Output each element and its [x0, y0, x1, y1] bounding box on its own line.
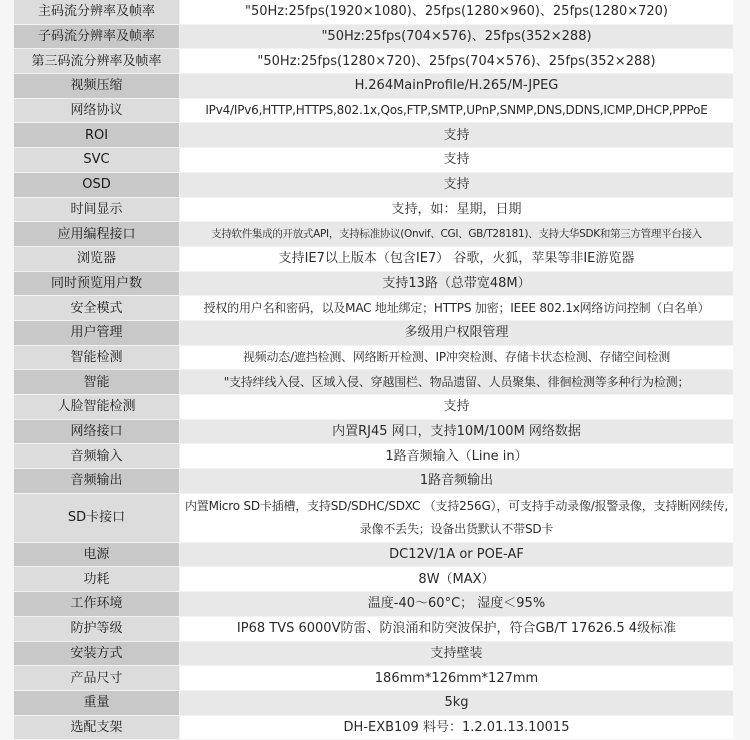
- spec-label: 安装方式: [14, 641, 180, 666]
- spec-value: 支持壁装: [180, 641, 734, 666]
- spec-row-svc: SVC 支持: [14, 148, 733, 173]
- spec-value: 1路音频输出: [180, 469, 734, 494]
- spec-row-audio-input: 音频输入 1路音频输入（Line in）: [14, 444, 733, 469]
- spec-value: 支持软件集成的开放式API，支持标准协议(Onvif、CGI、GB/T28181…: [180, 222, 734, 247]
- spec-value: 视频动态/遮挡检测、网络断开检测、IP冲突检测、存储卡状态检测、存储空间检测: [180, 345, 734, 370]
- spec-value: 授权的用户名和密码，以及MAC 地址绑定；HTTPS 加密；IEEE 802.1…: [180, 296, 734, 321]
- spec-table: 主码流分辨率及帧率 "50Hz:25fps(1920×1080)、25fps(1…: [14, 0, 733, 712]
- spec-value: 支持: [180, 395, 734, 420]
- spec-value: 支持: [180, 172, 734, 197]
- spec-value: DC12V/1A or POE-AF: [180, 542, 734, 567]
- spec-label: 网络协议: [14, 98, 180, 123]
- spec-value: 8W（MAX）: [180, 567, 734, 592]
- spec-row-installation: 安装方式 支持壁装: [14, 641, 733, 666]
- spec-value: 内置RJ45 网口，支持10M/100M 网络数据: [180, 419, 734, 444]
- spec-row-dimensions: 产品尺寸 186mm*126mm*127mm: [14, 666, 733, 691]
- spec-value: 多级用户权限管理: [180, 320, 734, 345]
- spec-row-environment: 工作环境 温度-40～60°C； 湿度＜95%: [14, 592, 733, 617]
- spec-label: 安全模式: [14, 296, 180, 321]
- spec-row-weight: 重量 5kg: [14, 690, 733, 712]
- spec-row-security: 安全模式 授权的用户名和密码，以及MAC 地址绑定；HTTPS 加密；IEEE …: [14, 296, 733, 321]
- spec-value: 5kg: [180, 690, 734, 712]
- spec-row-power-consumption: 功耗 8W（MAX）: [14, 567, 733, 592]
- spec-row-api: 应用编程接口 支持软件集成的开放式API，支持标准协议(Onvif、CGI、GB…: [14, 222, 733, 247]
- spec-label: 音频输出: [14, 469, 180, 494]
- spec-row-osd: OSD 支持: [14, 172, 733, 197]
- spec-label: 主码流分辨率及帧率: [14, 0, 180, 24]
- spec-value: H.264MainProfile/H.265/M-JPEG: [180, 74, 734, 99]
- spec-value: "50Hz:25fps(1920×1080)、25fps(1280×960)、2…: [180, 0, 734, 24]
- spec-label: 功耗: [14, 567, 180, 592]
- spec-row-third-stream: 第三码流分辨率及帧率 "50Hz:25fps(1280×720)、25fps(7…: [14, 49, 733, 74]
- spec-row-sd-card: SD卡接口 内置Micro SD卡插槽，支持SD/SDHC/SDXC （支持25…: [14, 493, 733, 542]
- spec-row-network-protocol: 网络协议 IPv4/IPv6,HTTP,HTTPS,802.1x,Qos,FTP…: [14, 98, 733, 123]
- spec-label: 第三码流分辨率及帧率: [14, 49, 180, 74]
- spec-label: 防护等级: [14, 616, 180, 641]
- spec-row-protection: 防护等级 IP68 TVS 6000V防雷、防浪涌和防突波保护，符合GB/T 1…: [14, 616, 733, 641]
- spec-label: 同时预览用户数: [14, 271, 180, 296]
- spec-label: 电源: [14, 542, 180, 567]
- spec-value: "50Hz:25fps(704×576)、25fps(352×288): [180, 24, 734, 49]
- spec-row-smart-detection: 智能检测 视频动态/遮挡检测、网络断开检测、IP冲突检测、存储卡状态检测、存储空…: [14, 345, 733, 370]
- spec-value: 186mm*126mm*127mm: [180, 666, 734, 691]
- spec-label: SVC: [14, 148, 180, 173]
- spec-label: 智能检测: [14, 345, 180, 370]
- spec-value: 内置Micro SD卡插槽，支持SD/SDHC/SDXC （支持256G），可支…: [180, 493, 734, 542]
- spec-label: 产品尺寸: [14, 666, 180, 691]
- spec-label: 子码流分辨率及帧率: [14, 24, 180, 49]
- spec-value: IPv4/IPv6,HTTP,HTTPS,802.1x,Qos,FTP,SMTP…: [180, 98, 734, 123]
- spec-row-time-display: 时间显示 支持，如：星期，日期: [14, 197, 733, 222]
- spec-row-face-detection: 人脸智能检测 支持: [14, 395, 733, 420]
- spec-value: 支持13路（总带宽48M）: [180, 271, 734, 296]
- spec-label: SD卡接口: [14, 493, 180, 542]
- spec-label: 用户管理: [14, 320, 180, 345]
- spec-value: 支持，如：星期，日期: [180, 197, 734, 222]
- spec-value: 支持IE7以上版本（包含IE7） 谷歌，火狐，苹果等非IE游览器: [180, 246, 734, 271]
- spec-label: ROI: [14, 123, 180, 148]
- spec-label: 网络接口: [14, 419, 180, 444]
- spec-value: "50Hz:25fps(1280×720)、25fps(704×576)、25f…: [180, 49, 734, 74]
- spec-value: IP68 TVS 6000V防雷、防浪涌和防突波保护，符合GB/T 17626.…: [180, 616, 734, 641]
- spec-value: 支持: [180, 148, 734, 173]
- spec-label: 应用编程接口: [14, 222, 180, 247]
- spec-sheet: 主码流分辨率及帧率 "50Hz:25fps(1920×1080)、25fps(1…: [14, 0, 733, 712]
- spec-row-intelligence: 智能 "支持绊线入侵、区域入侵、穿越围栏、物品遗留、人员聚集、徘徊检测等多种行为…: [14, 370, 733, 395]
- spec-label: 视频压缩: [14, 74, 180, 99]
- spec-label: OSD: [14, 172, 180, 197]
- spec-label: 智能: [14, 370, 180, 395]
- spec-row-main-stream: 主码流分辨率及帧率 "50Hz:25fps(1920×1080)、25fps(1…: [14, 0, 733, 24]
- spec-value: "支持绊线入侵、区域入侵、穿越围栏、物品遗留、人员聚集、徘徊检测等多种行为检测；: [180, 370, 734, 395]
- spec-value: 温度-40～60°C； 湿度＜95%: [180, 592, 734, 617]
- spec-row-network-interface: 网络接口 内置RJ45 网口，支持10M/100M 网络数据: [14, 419, 733, 444]
- spec-label: 重量: [14, 690, 180, 712]
- spec-row-concurrent-users: 同时预览用户数 支持13路（总带宽48M）: [14, 271, 733, 296]
- spec-value: 支持: [180, 123, 734, 148]
- spec-row-power: 电源 DC12V/1A or POE-AF: [14, 542, 733, 567]
- spec-row-roi: ROI 支持: [14, 123, 733, 148]
- spec-label: 人脸智能检测: [14, 395, 180, 420]
- spec-label: 音频输入: [14, 444, 180, 469]
- spec-value: 1路音频输入（Line in）: [180, 444, 734, 469]
- spec-row-browser: 浏览器 支持IE7以上版本（包含IE7） 谷歌，火狐，苹果等非IE游览器: [14, 246, 733, 271]
- spec-row-sub-stream: 子码流分辨率及帧率 "50Hz:25fps(704×576)、25fps(352…: [14, 24, 733, 49]
- spec-row-user-management: 用户管理 多级用户权限管理: [14, 320, 733, 345]
- spec-row-audio-output: 音频输出 1路音频输出: [14, 469, 733, 494]
- spec-row-video-compression: 视频压缩 H.264MainProfile/H.265/M-JPEG: [14, 74, 733, 99]
- spec-label: 工作环境: [14, 592, 180, 617]
- spec-label: 浏览器: [14, 246, 180, 271]
- spec-label: 时间显示: [14, 197, 180, 222]
